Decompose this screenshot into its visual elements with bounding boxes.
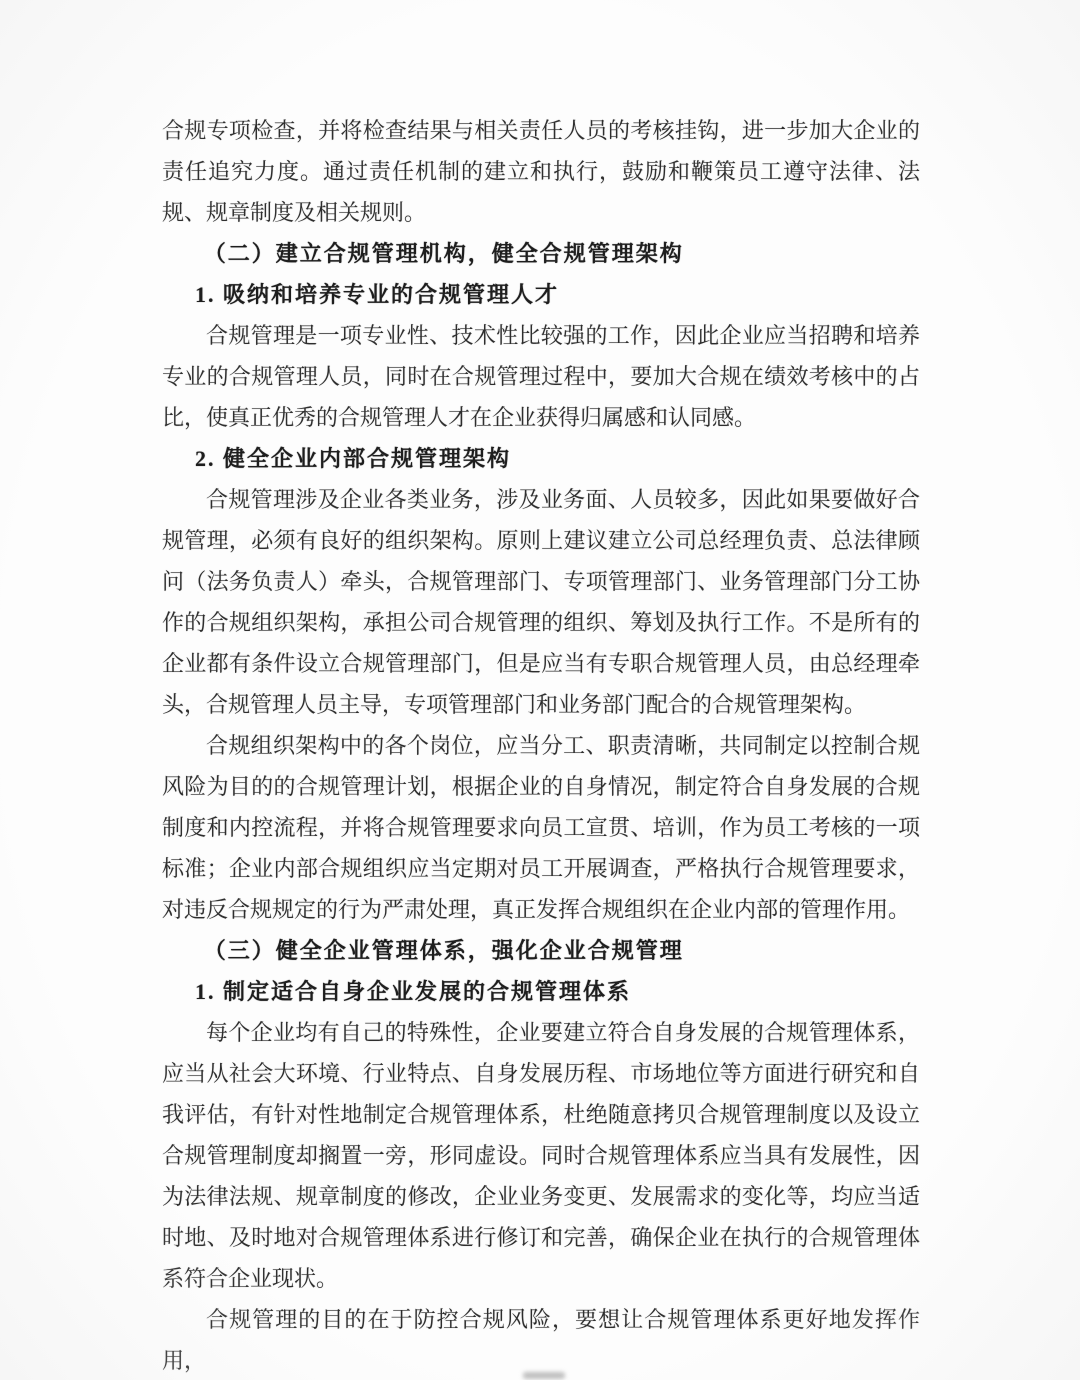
paragraph: 合规管理是一项专业性、技术性比较强的工作，因此企业应当招聘和培养专业的合规管理人… xyxy=(162,315,920,438)
section-heading: （三）健全企业管理体系，强化企业合规管理 xyxy=(162,930,920,971)
sub-heading: 2. 健全企业内部合规管理架构 xyxy=(162,438,920,479)
document-body: 合规专项检查，并将检查结果与相关责任人员的考核挂钩，进一步加大企业的责任追究力度… xyxy=(162,110,920,1380)
sub-heading: 1. 吸纳和培养专业的合规管理人才 xyxy=(162,274,920,315)
paragraph: 合规管理涉及企业各类业务，涉及业务面、人员较多，因此如果要做好合规管理，必须有良… xyxy=(162,479,920,725)
page-number-cutoff-smudge xyxy=(523,1372,565,1379)
document-page: 合规专项检查，并将检查结果与相关责任人员的考核挂钩，进一步加大企业的责任追究力度… xyxy=(0,0,1080,1380)
paragraph: 每个企业均有自己的特殊性，企业要建立符合自身发展的合规管理体系，应当从社会大环境… xyxy=(162,1012,920,1299)
section-heading: （二）建立合规管理机构，健全合规管理架构 xyxy=(162,233,920,274)
paragraph: 合规管理的目的在于防控合规风险，要想让合规管理体系更好地发挥作用， xyxy=(162,1299,920,1380)
paragraph: 合规专项检查，并将检查结果与相关责任人员的考核挂钩，进一步加大企业的责任追究力度… xyxy=(162,110,920,233)
sub-heading: 1. 制定适合自身企业发展的合规管理体系 xyxy=(162,971,920,1012)
paragraph: 合规组织架构中的各个岗位，应当分工、职责清晰，共同制定以控制合规风险为目的的合规… xyxy=(162,725,920,930)
